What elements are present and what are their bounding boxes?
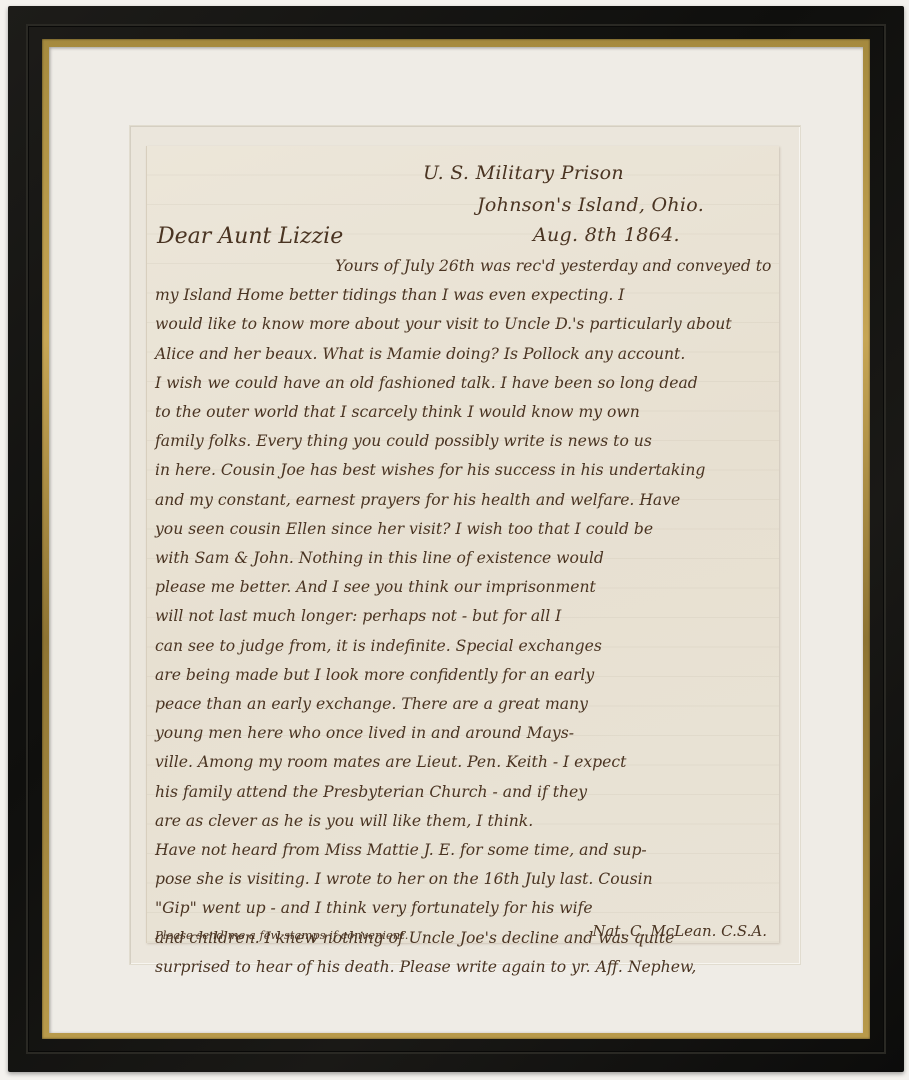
- body-line: I wish we could have an old fashioned ta…: [155, 369, 771, 398]
- picture-frame: U. S. Military Prison Johnson's Island, …: [8, 6, 904, 1072]
- body-line: Have not heard from Miss Mattie J. E. fo…: [155, 836, 771, 865]
- body-line: can see to judge from, it is indefinite.…: [155, 632, 771, 661]
- body-line: Yours of July 26th was rec'd yesterday a…: [155, 252, 771, 281]
- mat-board: U. S. Military Prison Johnson's Island, …: [49, 47, 863, 1033]
- body-line: Alice and her beaux. What is Mamie doing…: [155, 340, 771, 369]
- body-line: his family attend the Presbyterian Churc…: [155, 778, 771, 807]
- body-line: young men here who once lived in and aro…: [155, 719, 771, 748]
- body-line: and my constant, earnest prayers for his…: [155, 486, 771, 515]
- body-line: would like to know more about your visit…: [155, 310, 771, 339]
- mat-window: U. S. Military Prison Johnson's Island, …: [130, 126, 800, 964]
- body-line: are as clever as he is you will like the…: [155, 807, 771, 836]
- body-line: you seen cousin Ellen since her visit? I…: [155, 515, 771, 544]
- letter-body: Yours of July 26th was rec'd yesterday a…: [155, 252, 771, 982]
- body-line: ville. Among my room mates are Lieut. Pe…: [155, 748, 771, 777]
- body-line: family folks. Every thing you could poss…: [155, 427, 771, 456]
- body-line: with Sam & John. Nothing in this line of…: [155, 544, 771, 573]
- body-line: in here. Cousin Joe has best wishes for …: [155, 456, 771, 485]
- body-line: will not last much longer: perhaps not -…: [155, 602, 771, 631]
- salutation: Dear Aunt Lizzie: [157, 224, 343, 249]
- body-line: "Gip" went up - and I think very fortuna…: [155, 894, 771, 923]
- letter-paper: U. S. Military Prison Johnson's Island, …: [146, 146, 779, 943]
- body-line: my Island Home better tidings than I was…: [155, 281, 771, 310]
- heading-place: Johnson's Island, Ohio.: [477, 194, 704, 216]
- body-line: to the outer world that I scarcely think…: [155, 398, 771, 427]
- postscript: Please send me a few stamps if convenien…: [155, 928, 408, 942]
- body-line: pose she is visiting. I wrote to her on …: [155, 865, 771, 894]
- body-line: peace than an early exchange. There are …: [155, 690, 771, 719]
- body-line: are being made but I look more confident…: [155, 661, 771, 690]
- signature: Nat. C. McLean. C.S.A.: [592, 922, 767, 940]
- body-line: surprised to hear of his death. Please w…: [155, 953, 771, 982]
- gold-liner: U. S. Military Prison Johnson's Island, …: [42, 39, 870, 1039]
- heading-location: U. S. Military Prison: [423, 162, 624, 184]
- heading-date: Aug. 8th 1864.: [533, 224, 680, 246]
- body-line: please me better. And I see you think ou…: [155, 573, 771, 602]
